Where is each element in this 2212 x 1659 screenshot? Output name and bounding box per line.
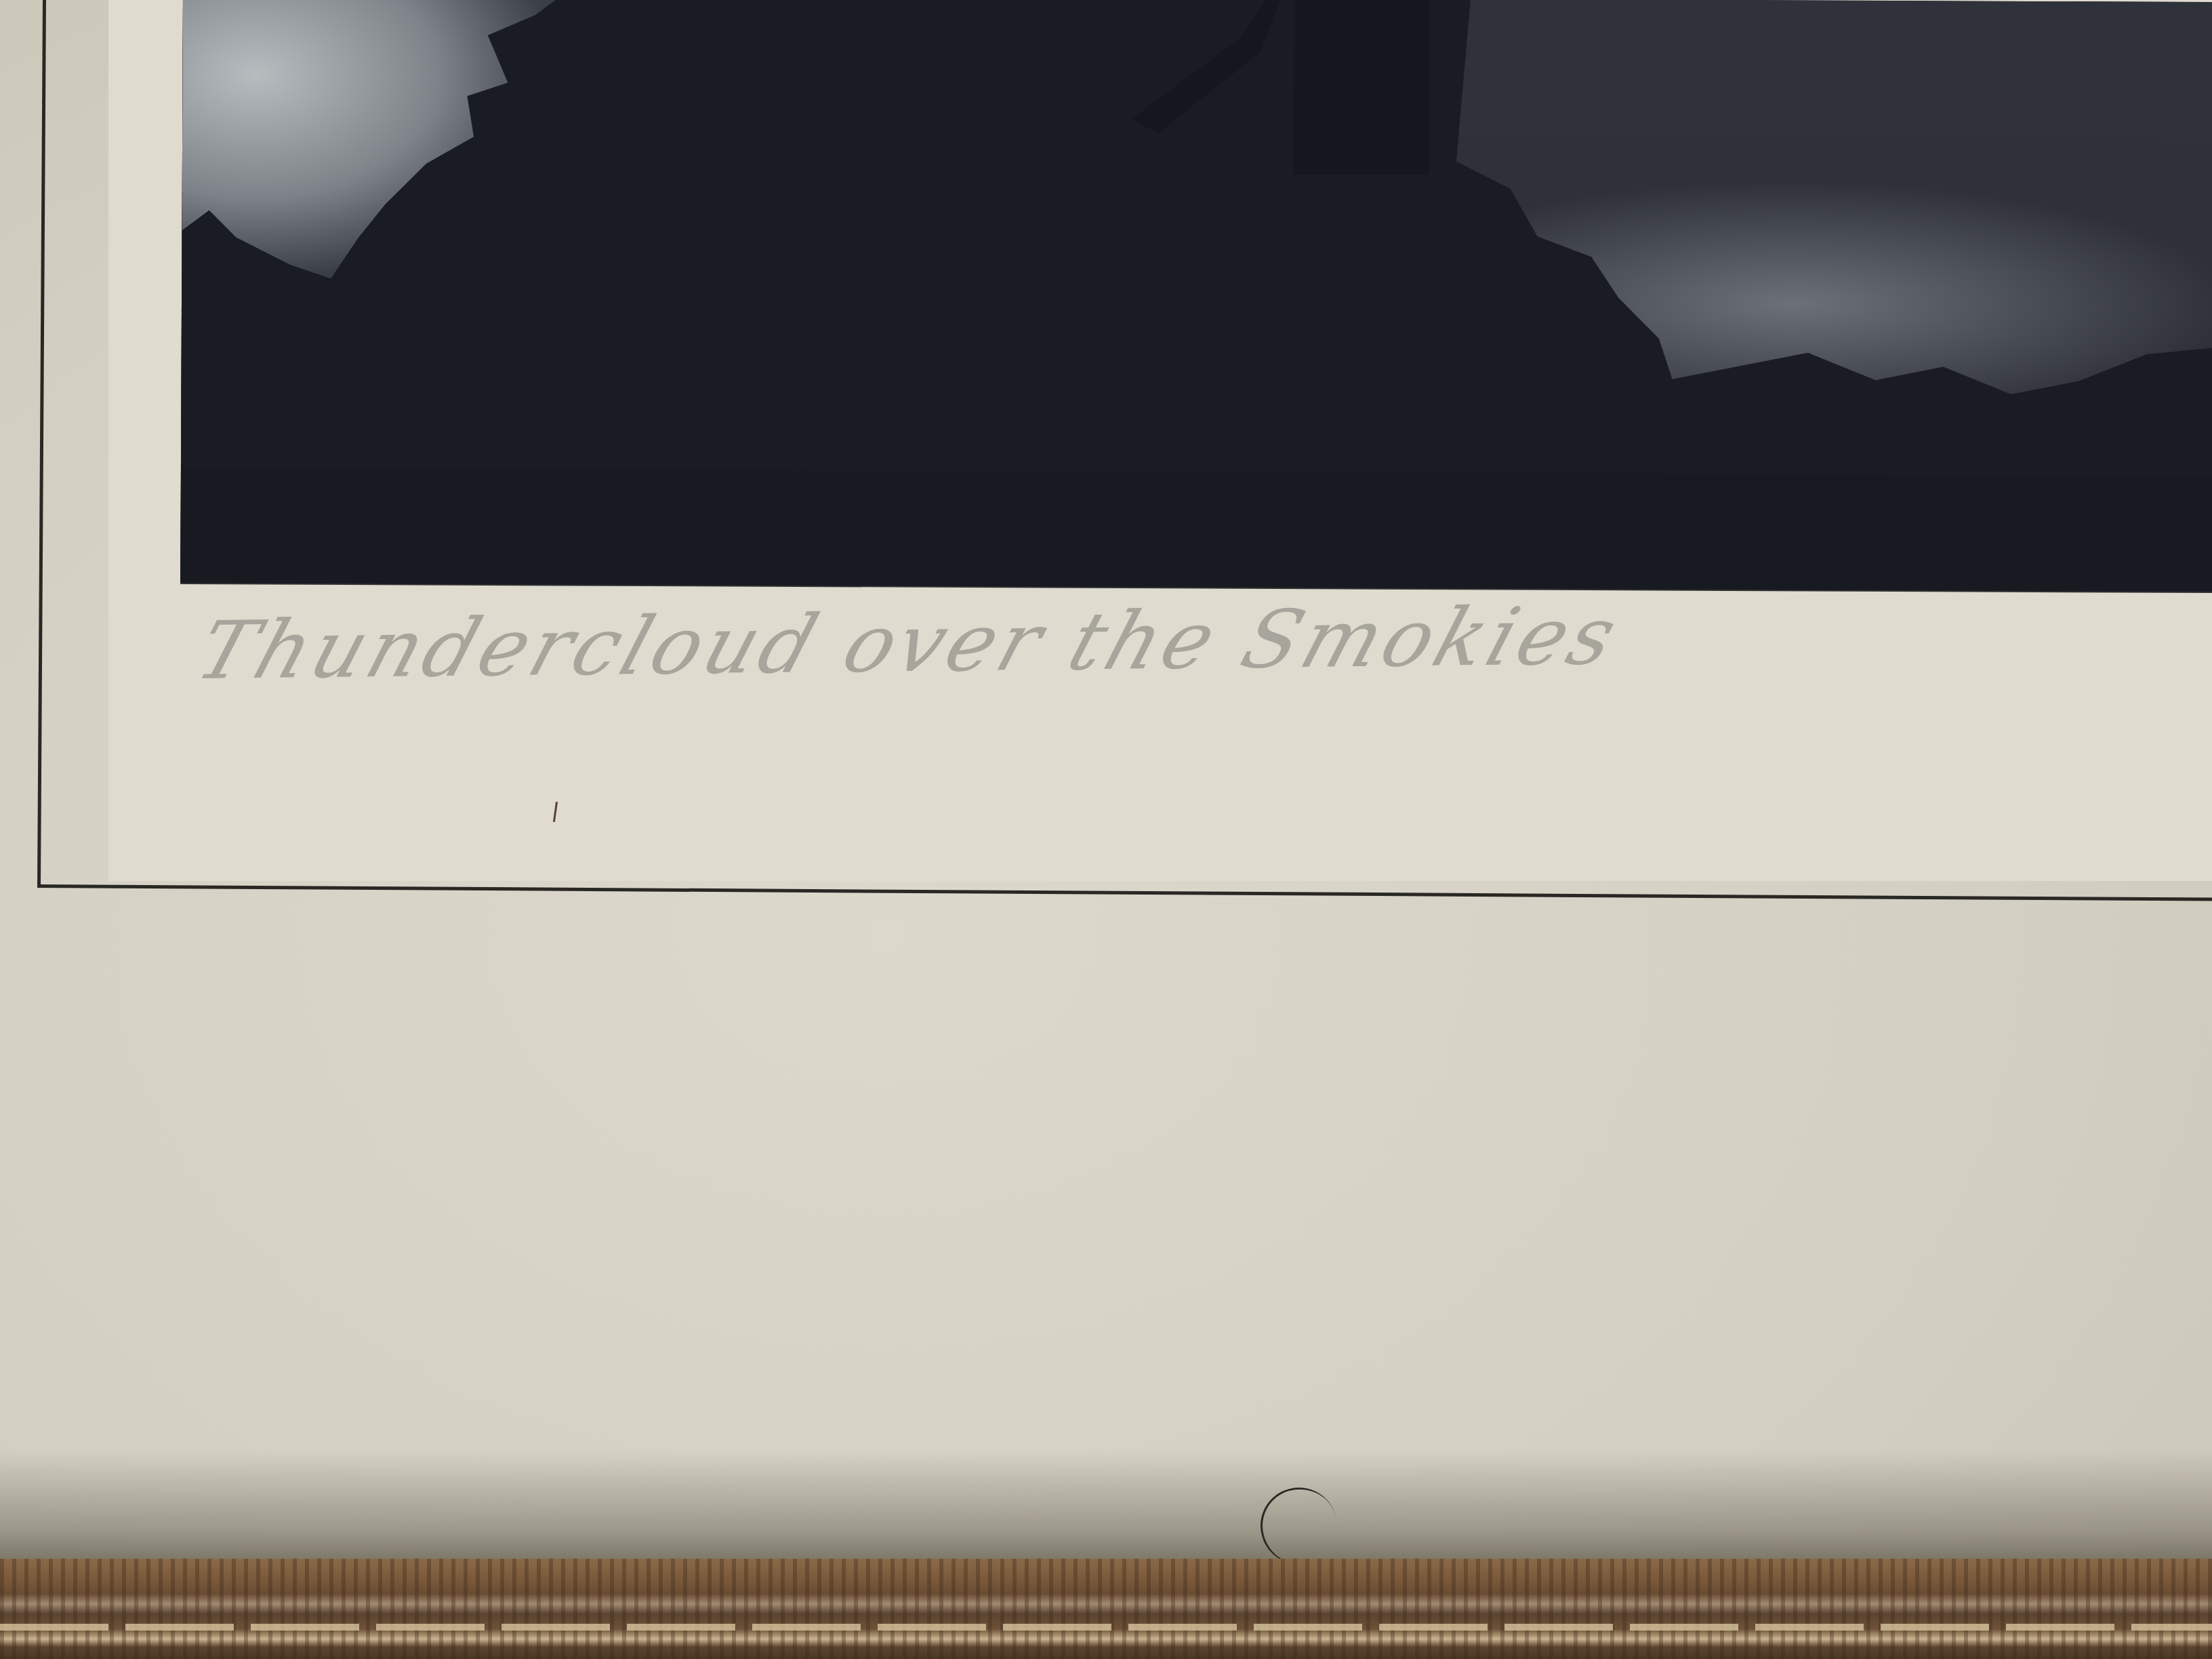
handwritten-caption: Thundercloud over the Smokies — [186, 589, 1631, 697]
ruled-border-line — [37, 0, 2212, 901]
wooden-frame — [0, 1559, 2212, 1659]
mat-shadow — [0, 1450, 2212, 1565]
frame-gilt-highlight — [0, 1624, 2212, 1631]
